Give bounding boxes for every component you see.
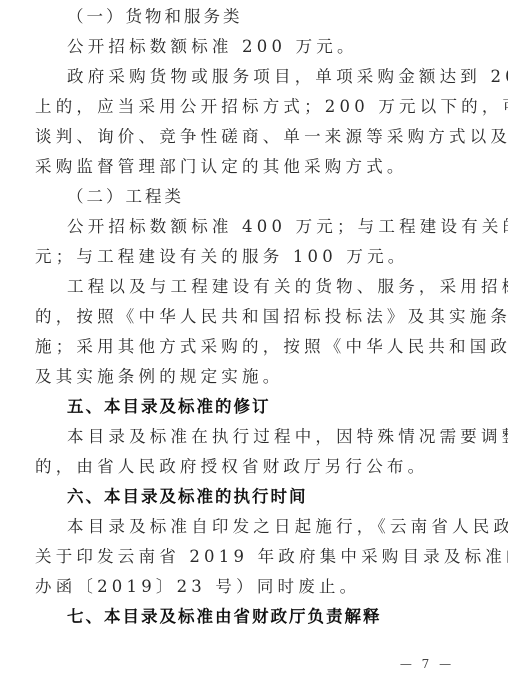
paragraph-line: 办函〔2019〕23 号）同时废止。 xyxy=(35,572,475,602)
page-number: — 7 — xyxy=(397,654,457,674)
section-heading-revision: 五、本目录及标准的修订 xyxy=(67,392,475,422)
paragraph-line: 元；与工程建设有关的服务 100 万元。 xyxy=(35,242,475,272)
paragraph-line: 本目录及标准在执行过程中，因特殊情况需要调整、修订 xyxy=(67,422,475,452)
paragraph-line: 本目录及标准自印发之日起施行，《云南省人民政府办公厅 xyxy=(67,512,475,542)
paragraph-line: 及其实施条例的规定实施。 xyxy=(35,362,475,392)
paragraph-line: 政府采购货物或服务项目，单项采购金额达到 200 万元及以 xyxy=(67,62,475,92)
document-page: （一）货物和服务类 公开招标数额标准 200 万元。 政府采购货物或服务项目，单… xyxy=(0,0,508,696)
paragraph-line: 谈判、询价、竞争性磋商、单一来源等采购方式以及国务院政府 xyxy=(35,122,475,152)
subheading-goods-services: （一）货物和服务类 xyxy=(67,2,475,32)
paragraph-line: 的，按照《中华人民共和国招标投标法》及其实施条例的规定实 xyxy=(35,302,475,332)
paragraph-line: 工程以及与工程建设有关的货物、服务，采用招标方式采购 xyxy=(67,272,475,302)
paragraph-line: 施；采用其他方式采购的，按照《中华人民共和国政府采购法》 xyxy=(35,332,475,362)
paragraph-line: 公开招标数额标准 400 万元；与工程建设有关的货物 200 万 xyxy=(67,212,475,242)
paragraph-line: 关于印发云南省 2019 年政府集中采购目录及标准的通知》（云政 xyxy=(35,542,475,572)
paragraph-line: 的，由省人民政府授权省财政厅另行公布。 xyxy=(35,452,475,482)
section-heading-effective-date: 六、本目录及标准的执行时间 xyxy=(67,482,475,512)
paragraph-line: 采购监督管理部门认定的其他采购方式。 xyxy=(35,152,475,182)
subheading-engineering: （二）工程类 xyxy=(67,182,475,212)
paragraph-line: 上的，应当采用公开招标方式；200 万元以下的，可采用竞争性 xyxy=(35,92,475,122)
section-heading-interpretation: 七、本目录及标准由省财政厅负责解释 xyxy=(67,602,475,632)
paragraph-line: 公开招标数额标准 200 万元。 xyxy=(67,32,475,62)
